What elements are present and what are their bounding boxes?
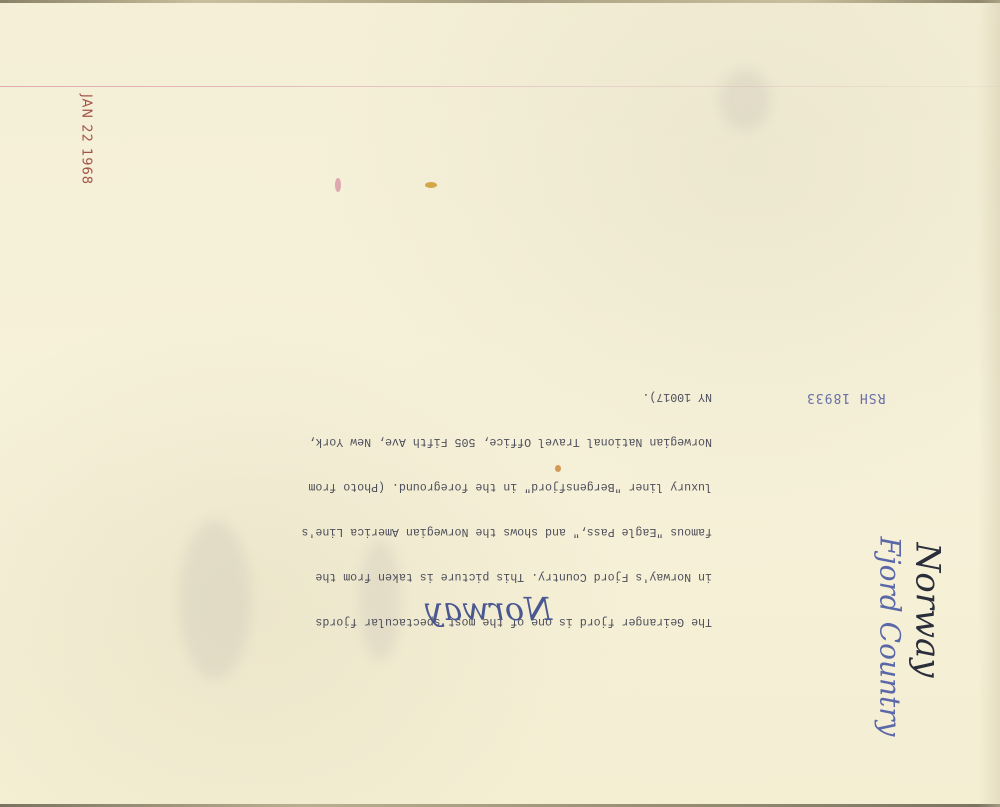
caption-line: Norwegian National Travel Office, 505 Fi… xyxy=(222,434,712,449)
reference-number-stamp: RSH 18933 xyxy=(806,390,885,405)
ink-mark xyxy=(335,178,341,192)
caption-line: luxury liner "Bergensfjord" in the foreg… xyxy=(222,479,712,494)
caption-line: NY 10017). xyxy=(222,389,712,404)
date-stamp: JAN 22 1968 xyxy=(79,80,94,200)
handwritten-subject: Fjord Country xyxy=(873,537,906,737)
ink-stain xyxy=(425,182,437,188)
handwritten-note: Norway xyxy=(425,590,552,628)
caption-line: in Norway's Fjord Country. This picture … xyxy=(222,569,712,584)
handwritten-country: Norway xyxy=(908,542,948,677)
paper-top-edge xyxy=(0,0,1000,3)
caption-line: famous "Eagle Pass," and shows the Norwe… xyxy=(222,524,712,539)
smudge xyxy=(720,70,770,130)
paper-right-edge xyxy=(978,0,1000,807)
pink-rule-line xyxy=(0,86,1000,87)
